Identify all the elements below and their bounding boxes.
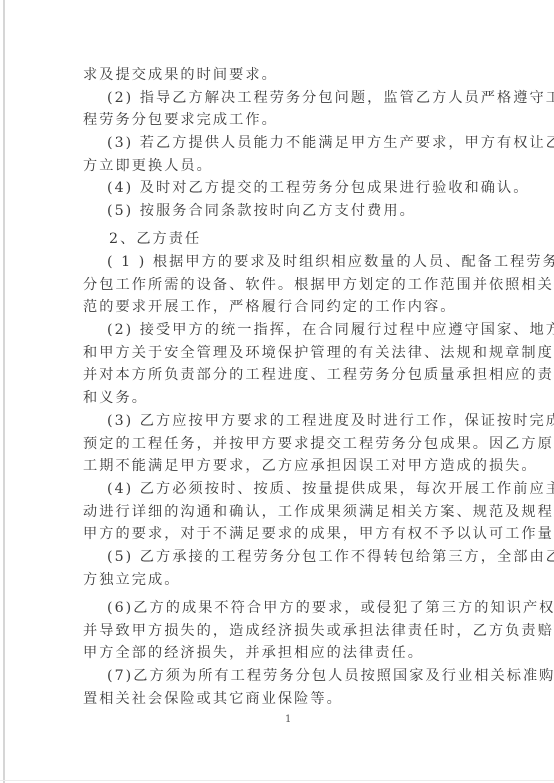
text-line: (3) 乙方应按甲方要求的工程进度及时进行工作，保证按时完成 [83, 410, 483, 433]
paragraph-party-b-item-6: (6)乙方的成果不符合甲方的要求，或侵犯了第三方的知识产权， 并导致甲方损失的，… [83, 597, 483, 665]
paragraph-party-b-item-1: ( 1 ) 根据甲方的要求及时组织相应数量的人员、配备工程劳务 分包工作所需的设… [83, 251, 483, 319]
text-line: (4) 及时对乙方提交的工程劳务分包成果进行验收和确认。 [83, 177, 483, 200]
text-line: (5) 按服务合同条款按时向乙方支付费用。 [83, 200, 483, 223]
page-number: 1 [285, 714, 291, 725]
text-line: 甲方的要求，对于不满足要求的成果，甲方有权不予以认可工作量。 [83, 523, 483, 546]
text-line: (4) 乙方必须按时、按质、按量提供成果，每次开展工作前应主 [83, 478, 483, 501]
text-line: (2) 接受甲方的统一指挥，在合同履行过程中应遵守国家、地方 [83, 319, 483, 342]
text-line: 和义务。 [83, 387, 483, 410]
text-line: 方立即更换人员。 [83, 155, 483, 178]
paragraph-party-a-item-2: (2) 指导乙方解决工程劳务分包问题，监管乙方人员严格遵守工 程劳务分包要求完成… [83, 87, 483, 132]
text-line: 工期不能满足甲方要求，乙方应承担因误工对甲方造成的损失。 [83, 455, 483, 478]
text-line: 预定的工程任务，并按甲方要求提交工程劳务分包成果。因乙方原因 [83, 433, 483, 456]
text-line: (6)乙方的成果不符合甲方的要求，或侵犯了第三方的知识产权， [83, 597, 483, 620]
text-line: (5) 乙方承接的工程劳务分包工作不得转包给第三方，全部由乙 [83, 546, 483, 569]
paragraph-party-b-item-4: (4) 乙方必须按时、按质、按量提供成果，每次开展工作前应主 动进行详细的沟通和… [83, 478, 483, 546]
text-line: 并导致甲方损失的，造成经济损失或承担法律责任时，乙方负责赔偿 [83, 620, 483, 643]
text-line: 分包工作所需的设备、软件。根据甲方划定的工作范围并依照相关规 [83, 274, 483, 297]
paragraph-party-a-item-4: (4) 及时对乙方提交的工程劳务分包成果进行验收和确认。 [83, 177, 483, 200]
paragraph-party-b-item-3: (3) 乙方应按甲方要求的工程进度及时进行工作，保证按时完成 预定的工程任务，并… [83, 410, 483, 478]
scan-bottom-edge [0, 780, 554, 781]
text-line: 和甲方关于安全管理及环境保护管理的有关法律、法规和规章制度， [83, 342, 483, 365]
text-line: 置相关社会保险或其它商业保险等。 [83, 688, 483, 711]
section-heading: 2、乙方责任 [83, 228, 483, 251]
document-body: 求及提交成果的时间要求。 (2) 指导乙方解决工程劳务分包问题，监管乙方人员严格… [83, 64, 483, 710]
text-line: 甲方全部的经济损失，并承担相应的法律责任。 [83, 642, 483, 665]
scan-left-edge [3, 0, 5, 783]
text-line: (2) 指导乙方解决工程劳务分包问题，监管乙方人员严格遵守工 [83, 87, 483, 110]
text-line: 程劳务分包要求完成工作。 [83, 109, 483, 132]
text-line: 范的要求开展工作，严格履行合同约定的工作内容。 [83, 296, 483, 319]
text-line: 动进行详细的沟通和确认，工作成果须满足相关方案、规范及规程和 [83, 501, 483, 524]
paragraph-party-a-item-5: (5) 按服务合同条款按时向乙方支付费用。 [83, 200, 483, 223]
paragraph-party-b-item-5: (5) 乙方承接的工程劳务分包工作不得转包给第三方，全部由乙 方独立完成。 [83, 546, 483, 591]
text-line: 求及提交成果的时间要求。 [83, 64, 483, 87]
paragraph-continuation: 求及提交成果的时间要求。 [83, 64, 483, 87]
text-line: (7)乙方须为所有工程劳务分包人员按照国家及行业相关标准购 [83, 665, 483, 688]
paragraph-party-b-item-7: (7)乙方须为所有工程劳务分包人员按照国家及行业相关标准购 置相关社会保险或其它… [83, 665, 483, 710]
text-line: ( 1 ) 根据甲方的要求及时组织相应数量的人员、配备工程劳务 [83, 251, 483, 274]
text-line: (3) 若乙方提供人员能力不能满足甲方生产要求，甲方有权让乙 [83, 132, 483, 155]
text-line: 方独立完成。 [83, 569, 483, 592]
paragraph-party-b-item-2: (2) 接受甲方的统一指挥，在合同履行过程中应遵守国家、地方 和甲方关于安全管理… [83, 319, 483, 410]
paragraph-party-a-item-3: (3) 若乙方提供人员能力不能满足甲方生产要求，甲方有权让乙 方立即更换人员。 [83, 132, 483, 177]
text-line: 并对本方所负责部分的工程进度、工程劳务分包质量承担相应的责任 [83, 364, 483, 387]
